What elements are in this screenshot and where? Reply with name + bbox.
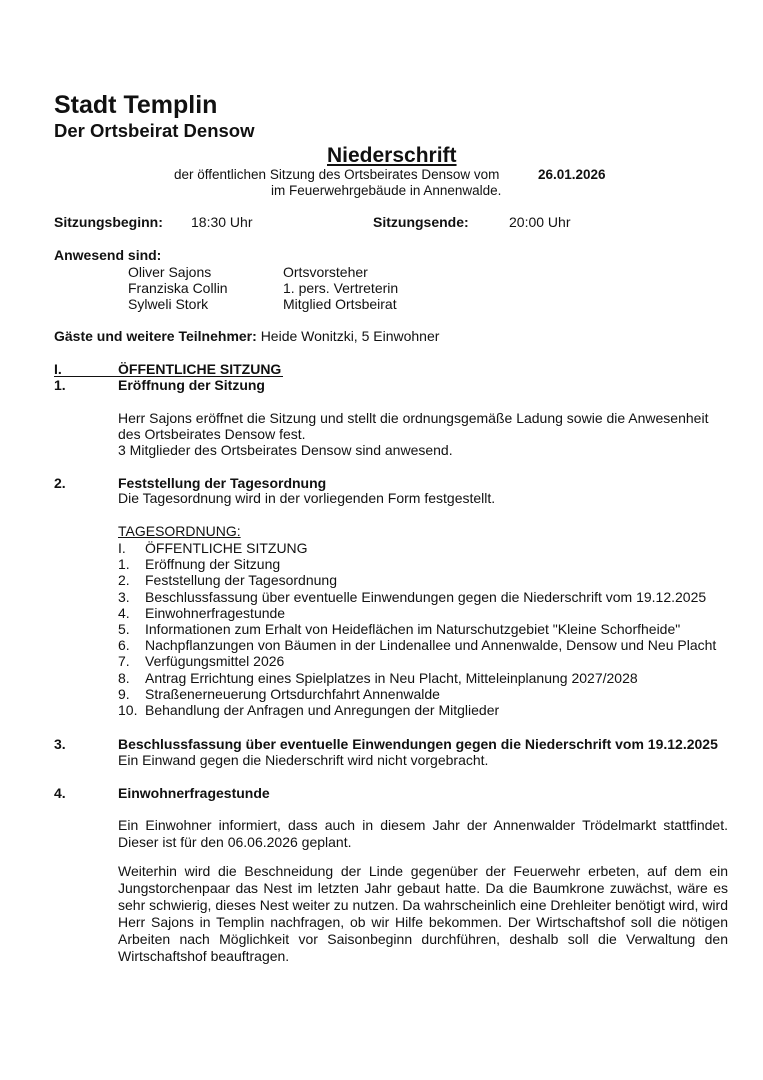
agenda-item: 9.Straßenerneuerung Ortsdurchfahrt Annen…	[118, 686, 716, 702]
agenda-item-text: Beschlussfassung über eventuelle Einwend…	[145, 589, 706, 605]
agenda-item: 3.Beschlussfassung über eventuelle Einwe…	[118, 589, 716, 605]
attendee-role: 1. pers. Vertreterin	[283, 280, 398, 297]
agenda-heading: TAGESORDNUNG:	[118, 523, 241, 540]
attendee-name: Franziska Collin	[128, 280, 228, 297]
guests-line: Gäste und weitere Teilnehmer: Heide Woni…	[54, 328, 439, 345]
agenda-item: 6.Nachpflanzungen von Bäumen in der Lind…	[118, 637, 716, 653]
agenda-item-number: 5.	[118, 621, 145, 637]
item-3-number: 3.	[54, 736, 66, 753]
paragraph-line: Weiterhin wird die Beschneidung der Lind…	[118, 863, 728, 880]
item-1-text-line: des Ortsbeirates Densow fest.	[118, 426, 306, 443]
item-4-number: 4.	[54, 785, 66, 802]
subtitle-line-2: im Feuerwehrgebäude in Annenwalde.	[271, 182, 501, 199]
item-3-text: Ein Einwand gegen die Niederschrift wird…	[118, 752, 488, 769]
agenda-item-number: 3.	[118, 589, 145, 605]
attendee-name: Sylweli Stork	[128, 296, 208, 313]
agenda-item-number: I.	[118, 540, 145, 556]
paragraph-line: Dieser ist für den 06.06.2026 geplant.	[118, 834, 728, 851]
agenda-item-number: 10.	[118, 702, 145, 718]
item-1-text-line: 3 Mitglieder des Ortsbeirates Densow sin…	[118, 442, 453, 459]
agenda-item-number: 8.	[118, 670, 145, 686]
city-name: Stadt Templin	[54, 90, 217, 120]
item-3-title: Beschlussfassung über eventuelle Einwend…	[118, 736, 718, 753]
agenda-item-text: Verfügungsmittel 2026	[145, 653, 284, 669]
item-4-paragraph-2: Weiterhin wird die Beschneidung der Lind…	[118, 863, 728, 965]
attendee-name: Oliver Sajons	[128, 264, 211, 281]
paragraph-line: Jungstorchenpaar das Nest im letzten Jah…	[118, 880, 728, 897]
agenda-item-text: Straßenerneuerung Ortsdurchfahrt Annenwa…	[145, 686, 440, 702]
agenda-item-text: Feststellung der Tagesordnung	[145, 572, 337, 588]
agenda-item-number: 4.	[118, 605, 145, 621]
paragraph-line: Wirtschaftshof beauftragen.	[118, 948, 728, 965]
agenda-item: I.ÖFFENTLICHE SITZUNG	[118, 540, 716, 556]
paragraph-line: Arbeiten nach Möglichkeit vor Saisonbegi…	[118, 931, 728, 948]
item-1-number: 1.	[54, 377, 66, 394]
agenda-item-number: 1.	[118, 556, 145, 572]
agenda-item-number: 9.	[118, 686, 145, 702]
attendance-label: Anwesend sind:	[54, 247, 161, 264]
start-time-value: 18:30 Uhr	[191, 214, 252, 231]
meeting-date: 26.01.2026	[538, 166, 606, 183]
guests-label: Gäste und weitere Teilnehmer:	[54, 328, 257, 344]
board-name: Der Ortsbeirat Densow	[54, 120, 254, 142]
attendee-role: Ortsvorsteher	[283, 264, 368, 281]
agenda-item-text: Eröffnung der Sitzung	[145, 556, 280, 572]
guests-value: Heide Wonitzki, 5 Einwohner	[261, 328, 440, 344]
agenda-item: 4.Einwohnerfragestunde	[118, 605, 716, 621]
item-1-text-line: Herr Sajons eröffnet die Sitzung und ste…	[118, 410, 708, 427]
item-1-title: Eröffnung der Sitzung	[118, 377, 265, 394]
agenda-item: 10.Behandlung der Anfragen und Anregunge…	[118, 702, 716, 718]
subtitle-line-1: der öffentlichen Sitzung des Ortsbeirate…	[174, 166, 499, 183]
attendee-role: Mitglied Ortsbeirat	[283, 296, 397, 313]
end-time-value: 20:00 Uhr	[509, 214, 570, 231]
agenda-item-number: 6.	[118, 637, 145, 653]
item-2-number: 2.	[54, 475, 66, 492]
agenda-item: 8.Antrag Errichtung eines Spielplatzes i…	[118, 670, 716, 686]
item-2-text: Die Tagesordnung wird in der vorliegende…	[118, 490, 495, 507]
agenda-item-text: Antrag Errichtung eines Spielplatzes in …	[145, 670, 638, 686]
agenda-list: I.ÖFFENTLICHE SITZUNG1.Eröffnung der Sit…	[118, 540, 716, 718]
agenda-item-text: Nachpflanzungen von Bäumen in der Linden…	[145, 637, 716, 653]
item-4-paragraph-1: Ein Einwohner informiert, dass auch in d…	[118, 817, 728, 851]
paragraph-line: Herr Sajons in Templin nachfragen, ob wi…	[118, 914, 728, 931]
document-page: Stadt Templin Der Ortsbeirat Densow Nied…	[0, 0, 763, 1080]
start-time-label: Sitzungsbeginn:	[54, 214, 163, 231]
agenda-item-text: Behandlung der Anfragen und Anregungen d…	[145, 702, 499, 718]
agenda-item: 2.Feststellung der Tagesordnung	[118, 572, 716, 588]
item-4-title: Einwohnerfragestunde	[118, 785, 270, 802]
agenda-item-number: 2.	[118, 572, 145, 588]
agenda-item: 5.Informationen zum Erhalt von Heidefläc…	[118, 621, 716, 637]
agenda-item: 7.Verfügungsmittel 2026	[118, 653, 716, 669]
agenda-item-number: 7.	[118, 653, 145, 669]
end-time-label: Sitzungsende:	[373, 214, 469, 231]
agenda-item-text: Informationen zum Erhalt von Heidefläche…	[145, 621, 680, 637]
paragraph-line: sehr schwierig, dieses Nest weiter zu nu…	[118, 897, 728, 914]
agenda-item: 1.Eröffnung der Sitzung	[118, 556, 716, 572]
paragraph-line: Ein Einwohner informiert, dass auch in d…	[118, 817, 728, 834]
agenda-item-text: ÖFFENTLICHE SITZUNG	[145, 540, 308, 556]
agenda-item-text: Einwohnerfragestunde	[145, 605, 285, 621]
